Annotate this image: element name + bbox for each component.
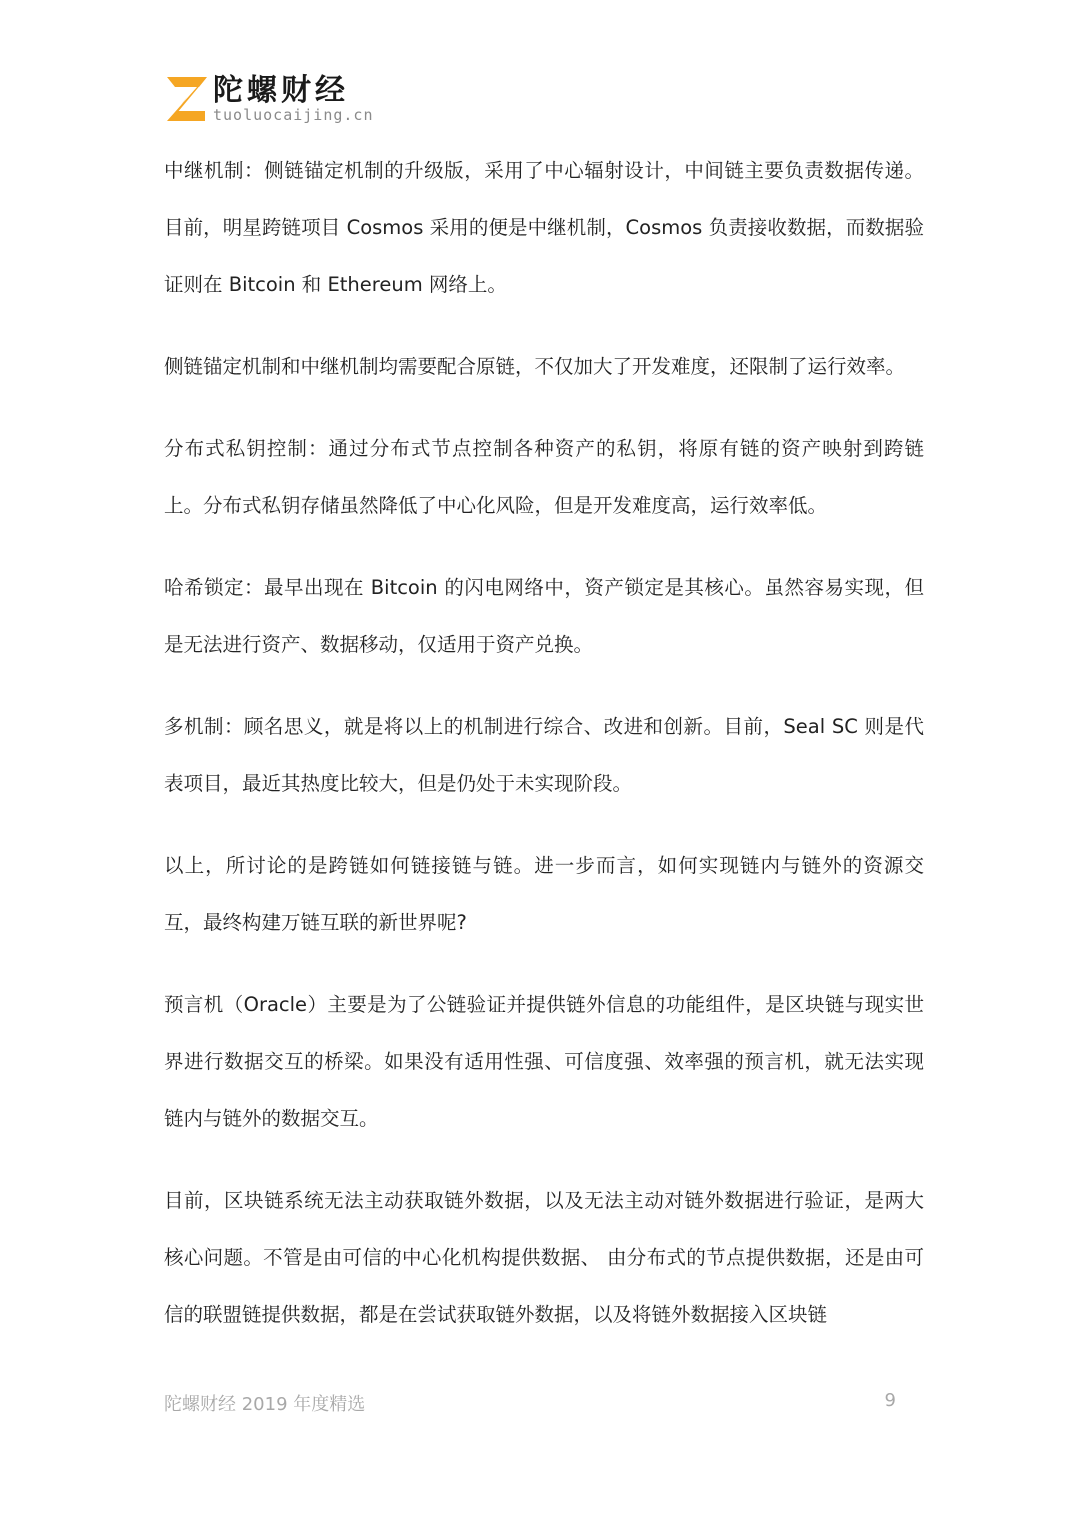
paragraph-distributed-key: 分布式私钥控制：通过分布式节点控制各种资产的私钥，将原有链的资产映射到跨链上。分…	[164, 420, 924, 534]
logo-name-cn: 陀螺财经	[213, 75, 374, 107]
paragraph-transition: 以上，所讨论的是跨链如何链接链与链。进一步而言，如何实现链内与链外的资源交互，最…	[164, 837, 924, 951]
page-number: 9	[885, 1390, 896, 1416]
paragraph-core-problems: 目前，区块链系统无法主动获取链外数据，以及无法主动对链外数据进行验证，是两大核心…	[164, 1172, 924, 1343]
article-body: 中继机制：侧链锚定机制的升级版，采用了中心辐射设计，中间链主要负责数据传递。目前…	[164, 142, 924, 1343]
paragraph-hash-lock: 哈希锁定：最早出现在 Bitcoin 的闪电网络中，资产锁定是其核心。虽然容易实…	[164, 559, 924, 673]
paragraph-multi-mechanism: 多机制：顾名思义，就是将以上的机制进行综合、改进和创新。目前，Seal SC 则…	[164, 698, 924, 812]
brand-logo: 陀螺财经 tuoluocaijing.cn	[163, 74, 374, 124]
paragraph-oracle: 预言机（Oracle）主要是为了公链验证并提供链外信息的功能组件，是区块链与现实…	[164, 976, 924, 1147]
logo-name-en: tuoluocaijing.cn	[213, 107, 374, 123]
page-footer: 陀螺财经 2019 年度精选 9	[164, 1390, 896, 1416]
logo-text: 陀螺财经 tuoluocaijing.cn	[213, 75, 374, 123]
z-logo-icon	[163, 75, 209, 123]
footer-publication: 陀螺财经 2019 年度精选	[164, 1390, 365, 1416]
paragraph-sidechain-limits: 侧链锚定机制和中继机制均需要配合原链，不仅加大了开发难度，还限制了运行效率。	[164, 338, 924, 395]
paragraph-relay-mechanism: 中继机制：侧链锚定机制的升级版，采用了中心辐射设计，中间链主要负责数据传递。目前…	[164, 142, 924, 313]
